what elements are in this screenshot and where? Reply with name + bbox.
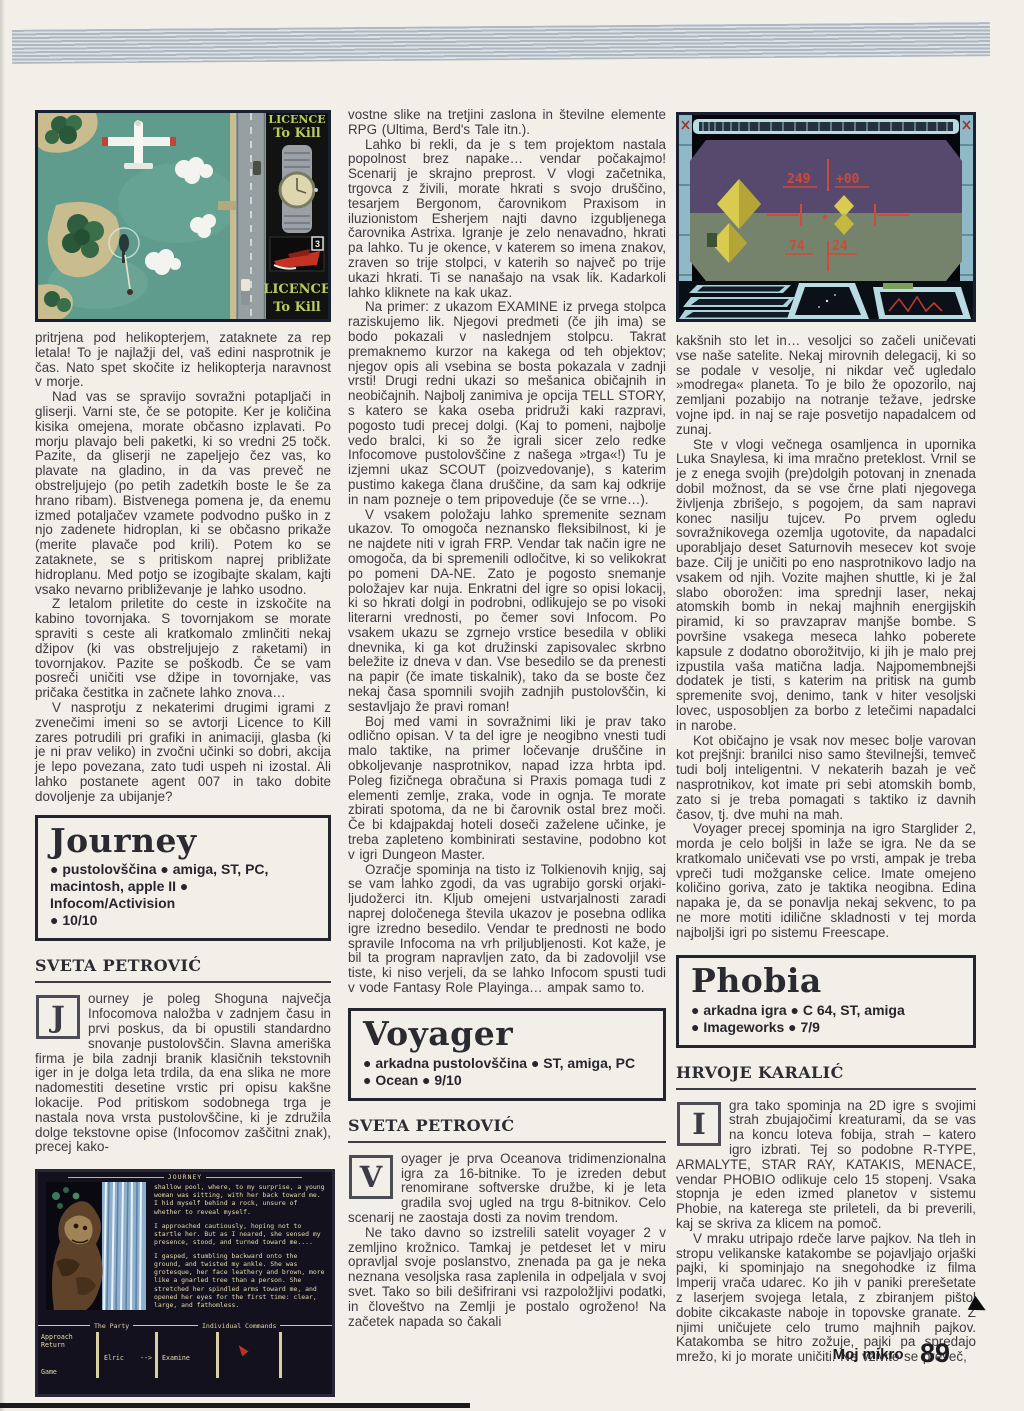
individual-commands-header: Individual Commands	[198, 1322, 280, 1330]
scan-artifact-line	[0, 1403, 470, 1408]
red-boat-graphic: 3	[270, 237, 324, 271]
licence-logo-top-1: LICENCE	[268, 113, 325, 126]
voyager-info-box: Voyager ● arkadna pustolovščina ● ST, am…	[348, 1008, 666, 1101]
body-paragraph: gra tako spominja na 2D igre s svojimi s…	[676, 1099, 976, 1232]
journey-info-box: Journey ● pustolovščina ● amiga, ST, PC,…	[35, 815, 331, 942]
body-paragraph: Voyager precej spominja na igro Starglid…	[676, 822, 976, 940]
divider	[279, 1332, 282, 1378]
body-paragraph: kakšnih sto let in… vesoljci so začeli u…	[676, 334, 976, 438]
story-paragraph: I approached cautiously, hoping not to s…	[154, 1222, 326, 1246]
left-column-text: pritrjena pod helikopterjem, zataknete z…	[35, 331, 331, 805]
dropcap-letter: J	[36, 995, 80, 1039]
body-paragraph: Ne tako davno so izstrelili satelit voya…	[348, 1226, 666, 1330]
game-info-line: ● Ocean ● 9/10	[363, 1072, 651, 1089]
licence-to-kill-image: LICENCE To Kill	[38, 113, 328, 319]
body-paragraph: Boj med vami in sovražnimi liki je prav …	[348, 715, 666, 863]
decorative-pinstripe-banner	[12, 22, 990, 64]
voyager-cockpit-image: 249 +00 74 24	[679, 115, 973, 319]
menu-item: Approach	[41, 1333, 73, 1341]
licence-logo-bottom-2: To Kill	[273, 300, 321, 315]
game-info-line: ● Imageworks ● 7/9	[691, 1019, 961, 1036]
screenshot-licence-to-kill: LICENCE To Kill	[35, 110, 331, 322]
body-paragraph: V vsakem položaju lahko spremenite sezna…	[348, 508, 666, 715]
game-info-line: macintosh, apple II ● Infocom/Activision	[50, 878, 316, 912]
dropcap-letter: V	[349, 1155, 393, 1199]
dropcap-letter: I	[677, 1102, 721, 1146]
journey-scene-image	[46, 1182, 146, 1310]
journey-review-text: J ourney je poleg Shoguna največja Infoc…	[35, 992, 331, 1155]
page-footer: Moj mikro 89	[660, 1338, 950, 1369]
menu-item: Game	[41, 1368, 57, 1376]
author-byline: HRVOJE KARALIĆ	[676, 1048, 976, 1090]
body-paragraph: Ozračje spominja na tisto iz Tolkienovih…	[348, 863, 666, 996]
journey-story-text: shallow pool, where, to my surprise, a y…	[154, 1183, 326, 1315]
divider	[216, 1332, 219, 1378]
party-member-name: Elric	[104, 1354, 124, 1362]
body-paragraph: V nasprotju z nekaterimi drugimi igrami …	[35, 701, 331, 805]
boat-badge: 3	[315, 239, 320, 249]
game-info-line: ● 10/10	[50, 912, 316, 929]
cursor-arrow-icon	[235, 1343, 248, 1357]
hud-value-left: 74	[789, 239, 805, 254]
right-column: 249 +00 74 24	[676, 112, 976, 1365]
author-byline: SVETA PETROVIĆ	[348, 1101, 666, 1143]
body-paragraph: pritrjena pod helikopterjem, zataknete z…	[35, 331, 331, 390]
game-title: Journey	[50, 822, 316, 860]
body-paragraph: Na primer: z ukazom EXAMINE iz prvega st…	[348, 300, 666, 507]
body-paragraph: oyager je prva Oceanova tridimenzionalna…	[348, 1152, 666, 1226]
game-info-line: ● arkadna pustolovščina ● ST, amiga, PC	[363, 1055, 651, 1072]
voyager-review-text: V oyager je prva Oceanova tridimenzional…	[348, 1152, 666, 1330]
author-byline: SVETA PETROVIĆ	[35, 941, 331, 983]
story-paragraph: shallow pool, where, to my surprise, a y…	[154, 1183, 326, 1216]
divider	[155, 1332, 158, 1378]
game-title: Voyager	[363, 1015, 651, 1053]
screenshot-voyager: 249 +00 74 24	[676, 112, 976, 322]
page-number: 89	[920, 1338, 950, 1368]
game-title: Phobia	[691, 962, 961, 1000]
body-paragraph: Kot običajno je vsak nov mesec bolje var…	[676, 734, 976, 823]
story-paragraph: I gasped, stumbling backward onto the gr…	[154, 1252, 326, 1309]
left-column: LICENCE To Kill	[35, 110, 331, 1397]
hud-elevation: +00	[836, 172, 860, 187]
right-column-text: kakšnih sto let in… vesoljci so začeli u…	[676, 334, 976, 941]
phobia-info-box: Phobia ● arkadna igra ● C 64, ST, amiga …	[676, 955, 976, 1048]
magazine-name: Moj mikro	[833, 1346, 904, 1363]
body-paragraph: Ste v vlogi večnega osamljenca in uporni…	[676, 438, 976, 734]
game-info-line: ● pustolovščina ● amiga, ST, PC,	[50, 861, 316, 878]
middle-column-text: vostne slike na tretjini zaslona in štev…	[348, 108, 666, 996]
page-edge-shading	[0, 0, 5, 1411]
licence-logo-top-2: To Kill	[273, 126, 321, 141]
game-info-line: ● arkadna igra ● C 64, ST, amiga	[691, 1002, 961, 1019]
party-arrow: -->	[140, 1354, 152, 1362]
divider	[96, 1332, 99, 1378]
body-paragraph: Nad vas se spravijo sovražni potapljači …	[35, 390, 331, 597]
body-paragraph: vostne slike na tretjini zaslona in štev…	[348, 108, 666, 138]
journey-screen-title: JOURNEY	[38, 1173, 332, 1181]
menu-item: Return	[41, 1341, 65, 1349]
middle-column: vostne slike na tretjini zaslona in štev…	[348, 108, 666, 1329]
hud-value-right: 24	[832, 239, 848, 254]
phobia-review-text: I gra tako spominja na 2D igre s svojimi…	[676, 1099, 976, 1365]
party-header: The Party	[90, 1322, 133, 1330]
licence-logo-bottom-1: LICENCE	[263, 282, 328, 297]
body-paragraph: Z letalom priletite do ceste in izskočit…	[35, 597, 331, 701]
journey-command-bar: The Party Individual Commands Approach R…	[38, 1325, 332, 1380]
hud-range: 249	[787, 172, 810, 187]
body-paragraph: Lahko bi rekli, da je s tem projektom na…	[348, 138, 666, 301]
screenshot-journey: JOURNEY shallow pool, where, to my s	[35, 1169, 335, 1397]
command-item: Examine	[162, 1354, 190, 1362]
